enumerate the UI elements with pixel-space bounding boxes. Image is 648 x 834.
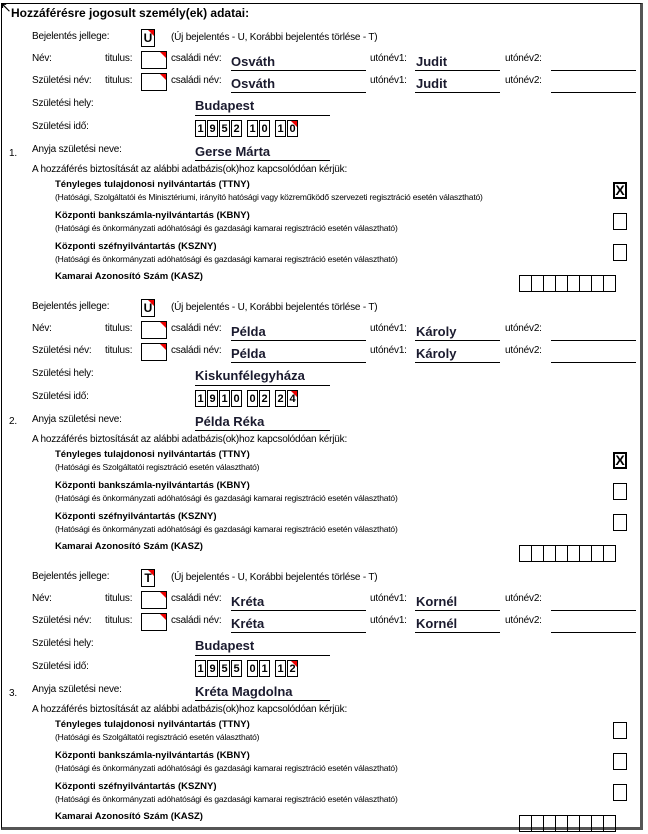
date-digit: 9	[207, 120, 218, 137]
utonev1-value: Károly	[416, 346, 456, 361]
anyja-neve-label: Anyja születési neve:	[32, 414, 122, 425]
date-digit: 1	[195, 390, 206, 407]
date-digit: 0	[247, 390, 258, 407]
szuletesi-hely-value: Budapest	[195, 98, 254, 113]
database-title: Központi bankszámla-nyilvántartás (KBNY)	[55, 210, 250, 221]
utonev1-label: utónév1:	[370, 323, 407, 334]
utonev1-label: utónév1:	[370, 53, 407, 64]
database-title: Tényleges tulajdonosi nyilvántartás (TTN…	[55, 449, 250, 460]
database-checkbox[interactable]	[613, 784, 627, 801]
csaladi-nev-value: Kréta	[231, 616, 264, 631]
utonev1-underline	[415, 610, 500, 611]
csaladi-nev-label: családi név:	[171, 615, 221, 626]
utonev2-underline	[551, 610, 636, 611]
bejelentes-jellege-label: Bejelentés jellege:	[32, 31, 109, 42]
utonev1-underline	[415, 632, 500, 633]
database-note: (Hatósági és önkormányzati adóhatósági é…	[55, 493, 398, 503]
utonev2-underline	[551, 70, 636, 71]
database-note: (Hatósági és Szolgáltatói regisztráció e…	[55, 732, 259, 742]
titulus-label: titulus:	[105, 345, 132, 356]
csaladi-nev-label: családi név:	[171, 345, 221, 356]
szuletesi-hely-label: Születési hely:	[32, 98, 93, 109]
anyja-neve-underline	[195, 160, 330, 161]
szuletesi-nev-titulus-field[interactable]	[141, 343, 167, 361]
date-digit: 2	[275, 390, 286, 407]
kasz-digit	[603, 815, 616, 832]
database-checkbox[interactable]	[613, 514, 627, 531]
utonev1-label: utónév1:	[370, 345, 407, 356]
utonev1-underline	[415, 92, 500, 93]
request-intro: A hozzáférés biztosítását az alábbi adat…	[32, 704, 347, 715]
titulus-label: titulus:	[105, 615, 132, 626]
database-note: (Hatósági és Szolgáltatói regisztráció e…	[55, 462, 259, 472]
date-digit: 1	[219, 390, 230, 407]
date-digit: 1	[259, 660, 270, 677]
database-checkbox[interactable]	[613, 244, 627, 261]
database-checkbox[interactable]	[613, 483, 627, 500]
szuletesi-ido-label: Születési idő:	[32, 391, 89, 402]
szuletesi-nev-titulus-field[interactable]	[141, 613, 167, 631]
csaladi-nev-label: családi név:	[171, 53, 221, 64]
utonev2-label: utónév2:	[505, 593, 542, 604]
person-number: 3.	[9, 688, 17, 699]
utonev1-underline	[415, 362, 500, 363]
csaladi-nev-value: Osváth	[231, 76, 275, 91]
csaladi-nev-underline	[231, 610, 366, 611]
database-note: (Hatósági és önkormányzati adóhatósági é…	[55, 763, 398, 773]
kasz-field[interactable]	[520, 545, 616, 562]
anyja-neve-value: Példa Réka	[195, 414, 264, 429]
nev-label: Név:	[32, 53, 52, 64]
date-digit: 1	[195, 660, 206, 677]
szuletesi-nev-titulus-field[interactable]	[141, 73, 167, 91]
database-title: Tényleges tulajdonosi nyilvántartás (TTN…	[55, 179, 250, 190]
szuletesi-ido-field[interactable]: 19521010	[195, 120, 298, 137]
utonev1-value: Kornél	[416, 594, 457, 609]
date-digit: 2	[259, 390, 270, 407]
csaladi-nev-label: családi név:	[171, 75, 221, 86]
csaladi-nev-label: családi név:	[171, 323, 221, 334]
kasz-digit	[603, 545, 616, 562]
utonev1-value: Kornél	[416, 616, 457, 631]
date-digit: 4	[287, 390, 298, 407]
szuletesi-hely-value: Budapest	[195, 638, 254, 653]
database-title: Központi bankszámla-nyilvántartás (KBNY)	[55, 750, 250, 761]
date-digit: 0	[231, 390, 242, 407]
utonev1-value: Judit	[416, 76, 447, 91]
database-title: Központi széfnyilvántartás (KSZNY)	[55, 781, 217, 792]
date-digit: 0	[287, 120, 298, 137]
date-digit: 1	[275, 120, 286, 137]
date-digit: 1	[195, 120, 206, 137]
utonev1-value: Károly	[416, 324, 456, 339]
date-digit: 9	[207, 660, 218, 677]
utonev2-label: utónév2:	[505, 323, 542, 334]
nev-titulus-field[interactable]	[141, 51, 167, 69]
anyja-neve-underline	[195, 700, 330, 701]
csaladi-nev-value: Osváth	[231, 54, 275, 69]
bejelentes-hint: (Új bejelentés - U, Korábbi bejelentés t…	[171, 32, 377, 43]
date-digit: 0	[259, 120, 270, 137]
database-title: Központi széfnyilvántartás (KSZNY)	[55, 241, 217, 252]
utonev2-underline	[551, 632, 636, 633]
section-title: Hozzáférésre jogosult személy(ek) adatai…	[11, 6, 249, 20]
database-checkbox[interactable]	[613, 753, 627, 770]
utonev1-underline	[415, 340, 500, 341]
utonev2-underline	[551, 340, 636, 341]
szuletesi-hely-label: Születési hely:	[32, 368, 93, 379]
szuletesi-ido-field[interactable]: 19100224	[195, 390, 298, 407]
kasz-label: Kamarai Azonosító Szám (KASZ)	[55, 541, 203, 552]
utonev1-underline	[415, 70, 500, 71]
bejelentes-hint: (Új bejelentés - U, Korábbi bejelentés t…	[171, 572, 377, 583]
szuletesi-nev-label: Születési név:	[32, 75, 91, 86]
kasz-field[interactable]	[520, 275, 616, 292]
nev-titulus-field[interactable]	[141, 591, 167, 609]
szuletesi-nev-label: Születési név:	[32, 345, 91, 356]
database-title: Központi széfnyilvántartás (KSZNY)	[55, 511, 217, 522]
request-intro: A hozzáférés biztosítását az alábbi adat…	[32, 164, 347, 175]
anyja-neve-label: Anyja születési neve:	[32, 684, 122, 695]
bejelentes-jellege-label: Bejelentés jellege:	[32, 301, 109, 312]
utonev1-label: utónév1:	[370, 593, 407, 604]
szuletesi-hely-label: Születési hely:	[32, 638, 93, 649]
database-title: Tényleges tulajdonosi nyilvántartás (TTN…	[55, 719, 250, 730]
database-checkbox[interactable]	[613, 213, 627, 230]
nev-label: Név:	[32, 323, 52, 334]
bejelentes-code-field[interactable]: U	[141, 299, 155, 317]
csaladi-nev-label: családi név:	[171, 593, 221, 604]
date-digit: 1	[247, 120, 258, 137]
database-checkbox[interactable]: X	[613, 452, 627, 469]
utonev1-label: utónév1:	[370, 75, 407, 86]
titulus-label: titulus:	[105, 323, 132, 334]
szuletesi-hely-underline	[195, 655, 330, 656]
database-note: (Hatósági, Szolgáltatói és Minisztériumi…	[55, 192, 483, 202]
person-number: 1.	[9, 148, 17, 159]
anyja-neve-value: Kréta Magdolna	[195, 684, 293, 699]
csaladi-nev-value: Kréta	[231, 594, 264, 609]
date-digit: 1	[275, 660, 286, 677]
szuletesi-ido-label: Születési idő:	[32, 661, 89, 672]
szuletesi-ido-field[interactable]: 19550112	[195, 660, 298, 677]
date-digit: 2	[287, 660, 298, 677]
database-checkbox[interactable]: X	[613, 182, 627, 199]
utonev2-underline	[551, 92, 636, 93]
bejelentes-code-field[interactable]: U	[141, 29, 155, 47]
utonev1-value: Judit	[416, 54, 447, 69]
nev-label: Név:	[32, 593, 52, 604]
utonev2-label: utónév2:	[505, 615, 542, 626]
szuletesi-hely-underline	[195, 115, 330, 116]
database-title: Központi bankszámla-nyilvántartás (KBNY)	[55, 480, 250, 491]
database-note: (Hatósági és önkormányzati adóhatósági é…	[55, 254, 398, 264]
anyja-neve-underline	[195, 430, 330, 431]
nev-titulus-field[interactable]	[141, 321, 167, 339]
person-number: 2.	[9, 416, 17, 427]
bejelentes-hint: (Új bejelentés - U, Korábbi bejelentés t…	[171, 302, 377, 313]
request-intro: A hozzáférés biztosítását az alábbi adat…	[32, 434, 347, 445]
utonev1-label: utónév1:	[370, 615, 407, 626]
anyja-neve-value: Gerse Márta	[195, 144, 270, 159]
szuletesi-ido-label: Születési idő:	[32, 121, 89, 132]
utonev2-label: utónév2:	[505, 345, 542, 356]
date-digit: 2	[231, 120, 242, 137]
kasz-field[interactable]	[520, 815, 616, 832]
date-digit: 5	[219, 120, 230, 137]
date-digit: 9	[207, 390, 218, 407]
utonev2-label: utónév2:	[505, 75, 542, 86]
database-note: (Hatósági és önkormányzati adóhatósági é…	[55, 223, 398, 233]
csaladi-nev-underline	[231, 632, 366, 633]
szuletesi-hely-underline	[195, 385, 330, 386]
titulus-label: titulus:	[105, 593, 132, 604]
szuletesi-hely-value: Kiskunfélegyháza	[195, 368, 305, 383]
csaladi-nev-underline	[231, 340, 366, 341]
titulus-label: titulus:	[105, 53, 132, 64]
csaladi-nev-underline	[231, 92, 366, 93]
csaladi-nev-value: Példa	[231, 346, 266, 361]
database-checkbox[interactable]	[613, 722, 627, 739]
mouse-cursor-icon: ↖	[0, 0, 12, 14]
szuletesi-nev-label: Születési név:	[32, 615, 91, 626]
database-note: (Hatósági és önkormányzati adóhatósági é…	[55, 794, 398, 804]
csaladi-nev-underline	[231, 70, 366, 71]
utonev2-label: utónév2:	[505, 53, 542, 64]
bejelentes-jellege-label: Bejelentés jellege:	[32, 571, 109, 582]
anyja-neve-label: Anyja születési neve:	[32, 144, 122, 155]
date-digit: 0	[247, 660, 258, 677]
kasz-label: Kamarai Azonosító Szám (KASZ)	[55, 811, 203, 822]
utonev2-underline	[551, 362, 636, 363]
kasz-digit	[603, 275, 616, 292]
date-digit: 5	[219, 660, 230, 677]
csaladi-nev-value: Példa	[231, 324, 266, 339]
date-digit: 5	[231, 660, 242, 677]
csaladi-nev-underline	[231, 362, 366, 363]
database-note: (Hatósági és önkormányzati adóhatósági é…	[55, 524, 398, 534]
titulus-label: titulus:	[105, 75, 132, 86]
bejelentes-code-field[interactable]: T	[141, 569, 155, 587]
kasz-label: Kamarai Azonosító Szám (KASZ)	[55, 271, 203, 282]
